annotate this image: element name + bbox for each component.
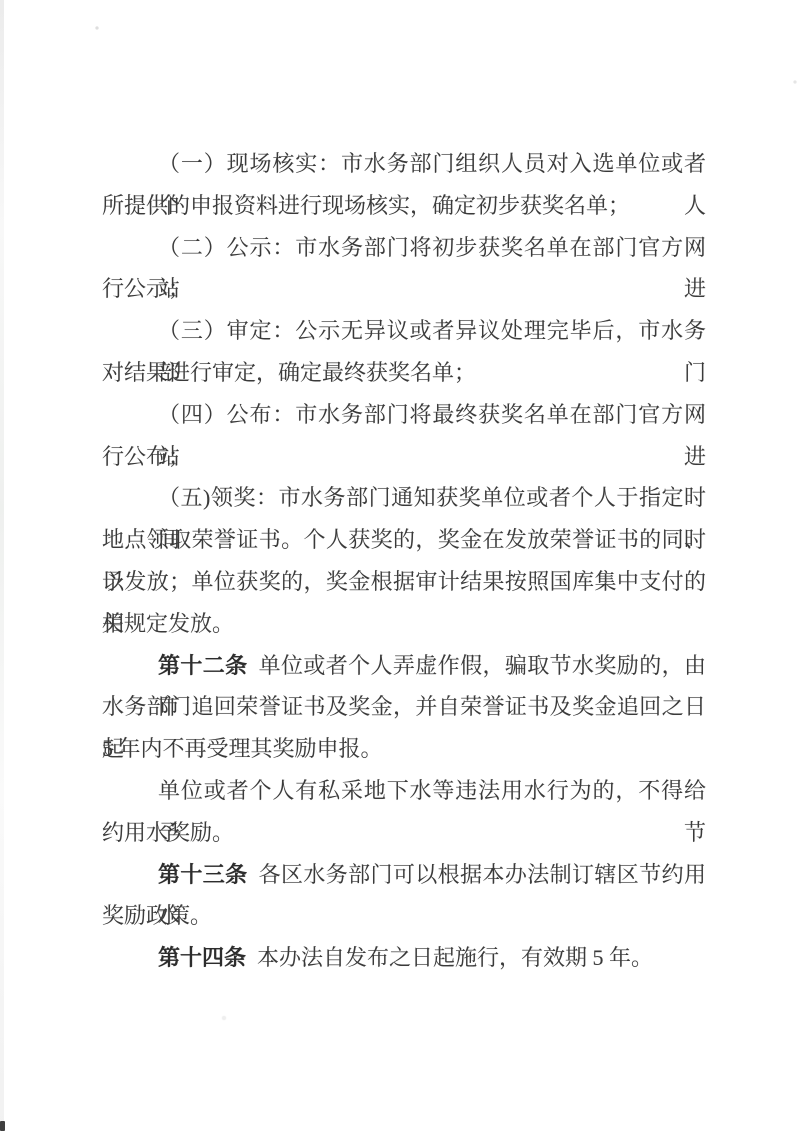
line-text: 行公布； (102, 444, 190, 469)
line-text: （四）公布：市水务部门将最终获奖名单在部门官方网站进 (158, 402, 706, 469)
document-line: 第十四条本办法自发布之日起施行，有效期 5 年。 (102, 937, 706, 979)
line-text: 所提供的申报资料进行现场核实，确定初步获奖名单； (102, 193, 630, 218)
document-line: （一）现场核实：市水务部门组织人员对入选单位或者个人 (102, 143, 706, 185)
line-text: （二）公示：市水务部门将初步获奖名单在部门官方网站进 (158, 235, 706, 302)
line-text: 5 年内不再受理其奖励申报。 (102, 736, 383, 761)
document-line: 水务部门追回荣誉证书及奖金，并自荣誉证书及奖金追回之日起 (102, 686, 706, 728)
document-line: 所提供的申报资料进行现场核实，确定初步获奖名单； (102, 185, 706, 227)
document-line: 5 年内不再受理其奖励申报。 (102, 728, 706, 770)
document-line: 以发放；单位获奖的，奖金根据审计结果按照国库集中支付的相 (102, 561, 706, 603)
document-line: （三）审定：公示无异议或者异议处理完毕后，市水务部门 (102, 310, 706, 352)
article-number: 第十三条 (158, 862, 248, 887)
line-text: 单位或者个人有私采地下水等违法用水行为的，不得给予节 (158, 778, 706, 845)
document-body: （一）现场核实：市水务部门组织人员对入选单位或者个人 所提供的申报资料进行现场核… (102, 143, 706, 979)
line-text: 约用水奖励。 (102, 820, 234, 845)
line-text: 奖励政策。 (102, 903, 212, 928)
scanned-document-page: （一）现场核实：市水务部门组织人员对入选单位或者个人 所提供的申报资料进行现场核… (0, 0, 800, 1131)
line-text: 行公示； (102, 276, 190, 301)
document-line: 单位或者个人有私采地下水等违法用水行为的，不得给予节 (102, 770, 706, 812)
line-text: 本办法自发布之日起施行，有效期 5 年。 (257, 945, 653, 970)
scan-corner-artifact (0, 1121, 5, 1131)
scan-left-edge-artifact (0, 0, 4, 1131)
article-number: 第十二条 (158, 653, 248, 678)
document-line: 第十二条单位或者个人弄虚作假，骗取节水奖励的，由市 (102, 645, 706, 687)
document-line: 地点领取荣誉证书。个人获奖的，奖金在发放荣誉证书的同时予 (102, 519, 706, 561)
document-line: （四）公布：市水务部门将最终获奖名单在部门官方网站进 (102, 394, 706, 436)
document-line: 第十三条各区水务部门可以根据本办法制订辖区节约用水 (102, 854, 706, 896)
line-text: 关规定发放。 (102, 611, 234, 636)
document-line: 关规定发放。 (102, 603, 706, 645)
line-text: 对结果进行审定，确定最终获奖名单； (102, 360, 476, 385)
article-number: 第十四条 (158, 945, 246, 970)
document-line: 奖励政策。 (102, 895, 706, 937)
document-line: （五)领奖：市水务部门通知获奖单位或者个人于指定时间、 (102, 477, 706, 519)
document-line: （二）公示：市水务部门将初步获奖名单在部门官方网站进 (102, 227, 706, 269)
